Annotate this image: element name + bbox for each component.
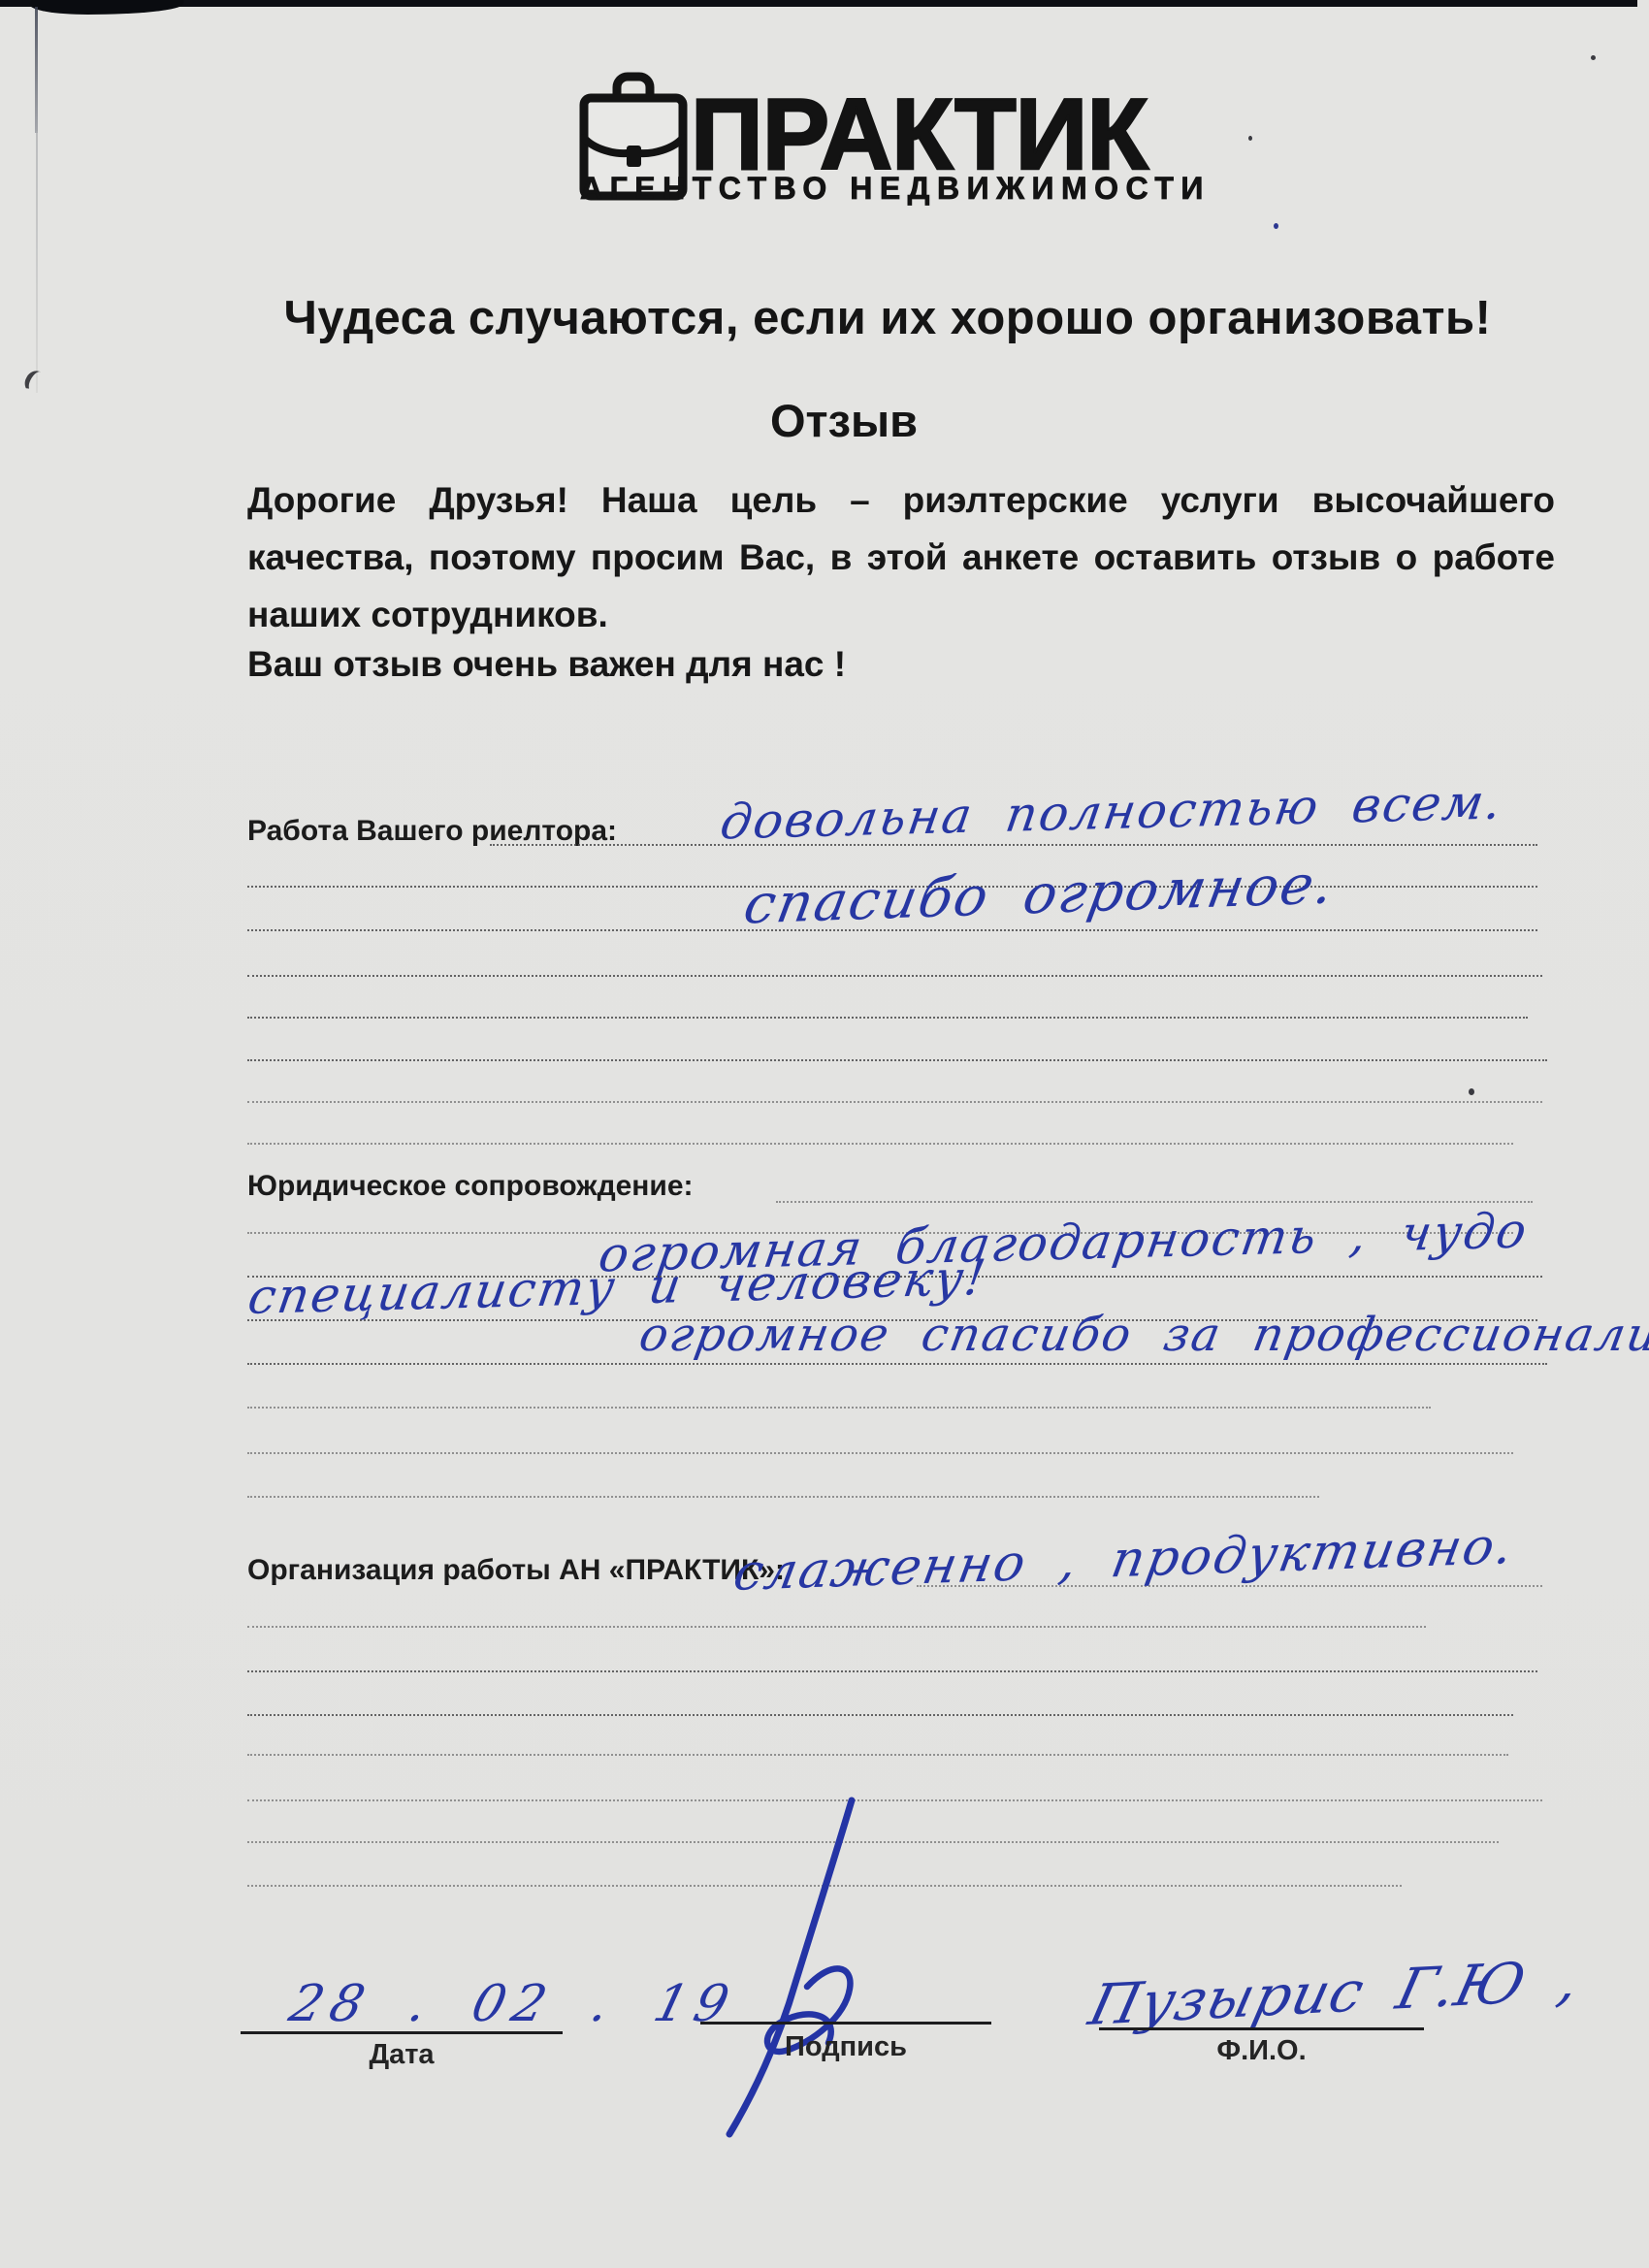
dotted-line (247, 1452, 1513, 1454)
intro-paragraph: Дорогие Друзья! Наша цель – риэлтерские … (247, 471, 1555, 643)
dotted-line (247, 1626, 1426, 1628)
handwritten-name: Пузырис Г.Ю , (1083, 1947, 1587, 2038)
dotted-line (490, 844, 1537, 846)
dotted-line (247, 975, 1542, 977)
signature-label: Подпись (700, 2031, 991, 2063)
scan-speck (1274, 223, 1278, 229)
name-line (1099, 2027, 1424, 2030)
stray-pen-mark (21, 367, 50, 397)
handwritten-answer: огромное спасибо за профессионализм. (635, 1308, 1649, 1362)
signature-line (700, 2022, 991, 2025)
dotted-line (247, 929, 1537, 931)
scan-speck (1591, 55, 1596, 60)
scan-speck (1469, 1088, 1474, 1095)
dotted-line (247, 1407, 1431, 1409)
dotted-line (247, 1841, 1499, 1843)
field-label-legal: Юридическое сопровождение: (247, 1170, 694, 1203)
signature-stroke (718, 1793, 873, 2142)
name-label: Ф.И.О. (1099, 2035, 1424, 2067)
brand-subtitle: АГЕНТСТВО НЕДВИЖИМОСТИ (580, 171, 1206, 207)
dotted-line (776, 1201, 1533, 1203)
dotted-line (247, 1496, 1319, 1498)
dotted-line (247, 1059, 1547, 1061)
dotted-line (247, 1101, 1542, 1103)
field-label-realtor: Работа Вашего риелтора: (247, 815, 617, 848)
scan-edge-bar (0, 0, 1637, 7)
dotted-line (247, 1670, 1537, 1672)
handwritten-answer: спасибо огромное. (739, 853, 1340, 936)
scan-streak (35, 7, 38, 133)
date-line (241, 2031, 563, 2034)
dotted-line (247, 1363, 1547, 1365)
dotted-line (247, 1714, 1513, 1716)
dotted-line (247, 1143, 1513, 1145)
scan-corner-blob (27, 0, 183, 15)
field-label-organization: Организация работы АН «ПРАКТИК»: (247, 1554, 785, 1587)
handwritten-answer: слаженно , продуктивно. (729, 1517, 1519, 1603)
scanned-feedback-form: ПРАКТИК АГЕНТСТВО НЕДВИЖИМОСТИ Чудеса сл… (0, 0, 1649, 2268)
tagline: Чудеса случаются, если их хорошо организ… (179, 291, 1596, 345)
scan-streak-faint (36, 131, 38, 393)
dotted-line (247, 1754, 1508, 1756)
form-title: Отзыв (247, 394, 1440, 447)
handwritten-date: 28 . 02 . 19 (284, 1975, 743, 2033)
dotted-line (247, 1017, 1528, 1019)
intro-note: Ваш отзыв очень важен для нас ! (247, 644, 846, 685)
date-label: Дата (241, 2039, 563, 2071)
scan-speck (1248, 136, 1252, 141)
handwritten-answer: довольна полностью всем. (717, 774, 1507, 851)
dotted-line (247, 1799, 1542, 1801)
